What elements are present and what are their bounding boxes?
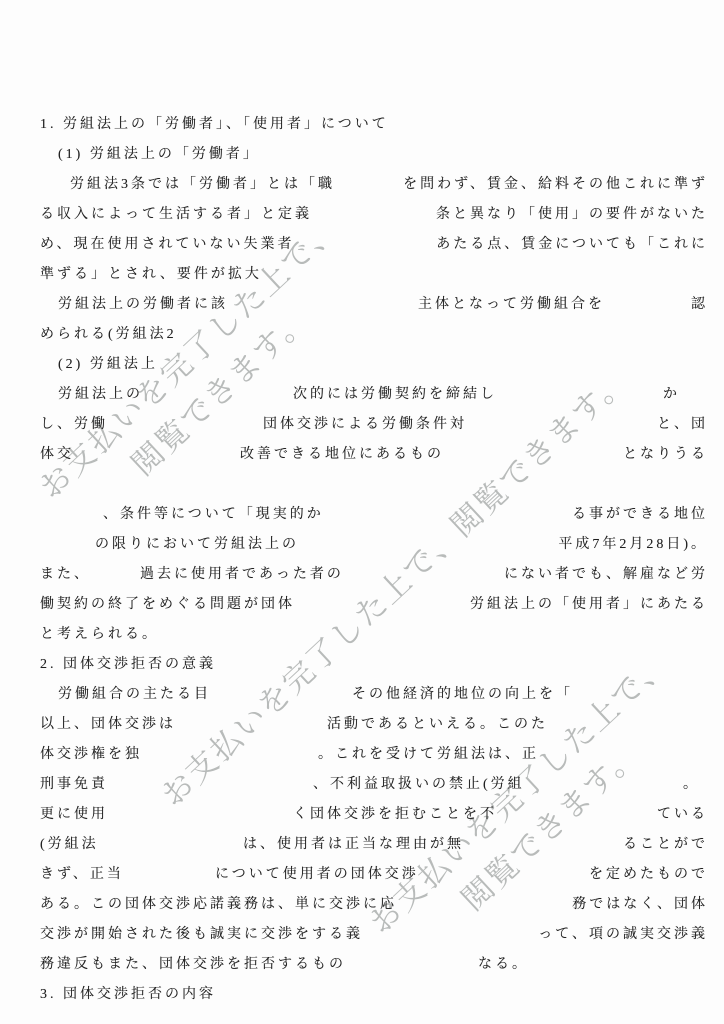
text-segment: なる。: [478, 955, 529, 974]
text-segment: 以上、団体交渉は: [40, 715, 176, 734]
text-segment: 、条件等について「現実的か: [103, 505, 324, 524]
text-segment: 団体交渉による労働条件対: [263, 415, 467, 434]
text-segment: きず、正当: [40, 865, 124, 884]
text-segment: し、労働: [40, 415, 108, 434]
text-segment: 体交: [40, 445, 74, 464]
text-segment: 3. 団体交渉拒否の内容: [40, 985, 216, 1004]
text-segment: 改善できる地位にあるもの: [240, 445, 444, 464]
text-segment: 労組法3条では「労働者」とは「職: [70, 175, 335, 194]
text-segment: (1) 労組法上の「労働者」: [58, 145, 260, 164]
text-segment: (2) 労組法上: [58, 355, 158, 374]
text-segment: 労働組合の主たる目: [58, 685, 211, 704]
text-segment: と考えられる。: [40, 625, 159, 644]
text-segment: 体交渉権を独: [40, 745, 142, 764]
text-segment: 活動であるといえる。このた: [327, 715, 548, 734]
document-page: お支払いを完了した上で、 閲覧できます。お支払いを完了した上で、閲覧できます。お…: [0, 0, 724, 1024]
text-segment: について使用者の団体交渉: [215, 865, 419, 884]
text-segment: 準ずる」とされ、要件が拡大: [40, 265, 262, 284]
text-segment: は、使用者は正当な理由が無: [243, 835, 464, 854]
text-segment: 過去に使用者であった者の: [140, 565, 344, 584]
text-segment: また、: [40, 565, 91, 584]
text-segment: 。: [683, 775, 700, 794]
text-segment: って、項の誠実交渉義: [538, 925, 708, 944]
text-segment: る収入によって生活する者」と定義: [40, 205, 312, 224]
text-segment: 条と異なり「使用」の要件がないた: [436, 205, 708, 224]
text-segment: められる(労組法2: [40, 325, 177, 344]
text-segment: あたる点、賃金についても「これに: [436, 235, 708, 254]
text-segment: 更に使用: [40, 805, 108, 824]
text-segment: 労組法上の労働者に該: [58, 295, 228, 314]
text-segment: ある。この団体交渉応諾義務は、単に交渉に応: [40, 895, 397, 914]
text-segment: を定めたもので: [589, 865, 708, 884]
text-segment: か: [663, 385, 680, 404]
text-segment: にない者でも、解雇など労: [504, 565, 708, 584]
text-segment: (労組法: [40, 835, 99, 854]
text-segment: 認: [691, 295, 708, 314]
text-segment: 交渉が開始された後も誠実に交渉をする義: [40, 925, 363, 944]
text-segment: 、不利益取扱いの禁止(労組: [313, 775, 525, 794]
text-segment: 1. 労組法上の「労働者」、「使用者」について: [40, 115, 389, 134]
text-segment: その他経済的地位の向上を「: [352, 685, 573, 704]
watermark-text: お支払いを完了した上で、 閲覧できます。: [29, 207, 381, 544]
text-segment: 。これを受けて労組法は、正: [318, 745, 539, 764]
text-segment: ている: [657, 805, 708, 824]
text-segment: の限りにおいて労組法上の: [95, 535, 299, 554]
text-segment: 働契約の終了をめぐる問題が団体: [40, 595, 295, 614]
text-segment: 労組法上の「使用者」にあたる: [470, 595, 708, 614]
text-segment: 務違反もまた、団体交渉を拒否するもの: [40, 955, 346, 974]
text-segment: く団体交渉を拒むことを不: [293, 805, 497, 824]
text-segment: を問わず、賃金、給料その他これに準ず: [403, 175, 708, 194]
text-segment: 平成7年2月28日)。: [558, 535, 708, 554]
text-segment: め、現在使用されていない失業者: [40, 235, 294, 254]
text-segment: ることがで: [623, 835, 708, 854]
text-segment: 次的には労働契約を締結し: [293, 385, 497, 404]
text-segment: と、団: [657, 415, 708, 434]
text-segment: 労組法上の: [58, 385, 143, 404]
text-segment: 刑事免責: [40, 775, 108, 794]
text-segment: 主体となって労働組合を: [418, 295, 605, 314]
text-segment: る事ができる地位: [572, 505, 708, 524]
text-segment: となりうる: [623, 445, 708, 464]
text-segment: 務ではなく、団体: [572, 895, 708, 914]
text-segment: 2. 団体交渉拒否の意義: [40, 655, 216, 674]
